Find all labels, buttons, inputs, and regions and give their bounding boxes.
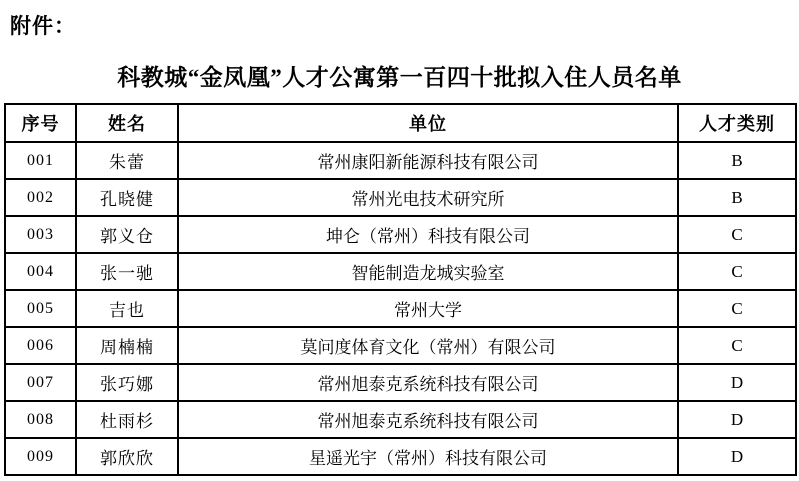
table-row: 007 张巧娜 常州旭泰克系统科技有限公司 D	[5, 364, 796, 401]
attachment-label: 附件：	[10, 10, 76, 40]
table-row: 005 吉也 常州大学 C	[5, 290, 796, 327]
cell-unit: 常州光电技术研究所	[178, 179, 678, 216]
cell-unit: 星遥光宇（常州）科技有限公司	[178, 438, 678, 475]
cell-category: C	[678, 327, 796, 364]
table-header-row: 序号 姓名 单位 人才类别	[5, 104, 796, 142]
cell-serial: 005	[5, 290, 76, 327]
page-title: 科教城“金凤凰”人才公寓第一百四十批拟入住人员名单	[0, 59, 799, 92]
column-header-category: 人才类别	[678, 104, 796, 142]
cell-name: 周楠楠	[76, 327, 178, 364]
cell-serial: 006	[5, 327, 76, 364]
cell-unit: 智能制造龙城实验室	[178, 253, 678, 290]
cell-name: 孔晓健	[76, 179, 178, 216]
cell-unit: 坤仑（常州）科技有限公司	[178, 216, 678, 253]
cell-category: C	[678, 253, 796, 290]
cell-unit: 常州康阳新能源科技有限公司	[178, 142, 678, 179]
table-body: 001 朱蕾 常州康阳新能源科技有限公司 B 002 孔晓健 常州光电技术研究所…	[5, 142, 796, 475]
cell-name: 朱蕾	[76, 142, 178, 179]
column-header-serial: 序号	[5, 104, 76, 142]
resident-roster-table: 序号 姓名 单位 人才类别 001 朱蕾 常州康阳新能源科技有限公司 B 002…	[4, 103, 797, 476]
table-row: 006 周楠楠 莫问度体育文化（常州）有限公司 C	[5, 327, 796, 364]
cell-category: D	[678, 364, 796, 401]
cell-name: 杜雨杉	[76, 401, 178, 438]
table-row: 002 孔晓健 常州光电技术研究所 B	[5, 179, 796, 216]
cell-serial: 002	[5, 179, 76, 216]
cell-serial: 001	[5, 142, 76, 179]
column-header-unit: 单位	[178, 104, 678, 142]
cell-category: B	[678, 179, 796, 216]
cell-serial: 009	[5, 438, 76, 475]
cell-category: D	[678, 401, 796, 438]
table-row: 004 张一驰 智能制造龙城实验室 C	[5, 253, 796, 290]
cell-category: B	[678, 142, 796, 179]
cell-serial: 003	[5, 216, 76, 253]
table-row: 008 杜雨杉 常州旭泰克系统科技有限公司 D	[5, 401, 796, 438]
cell-name: 张一驰	[76, 253, 178, 290]
cell-category: C	[678, 290, 796, 327]
table-row: 001 朱蕾 常州康阳新能源科技有限公司 B	[5, 142, 796, 179]
cell-serial: 004	[5, 253, 76, 290]
cell-name: 吉也	[76, 290, 178, 327]
cell-serial: 007	[5, 364, 76, 401]
cell-unit: 莫问度体育文化（常州）有限公司	[178, 327, 678, 364]
cell-unit: 常州旭泰克系统科技有限公司	[178, 364, 678, 401]
table-row: 003 郭义仓 坤仑（常州）科技有限公司 C	[5, 216, 796, 253]
cell-name: 郭义仓	[76, 216, 178, 253]
cell-name: 张巧娜	[76, 364, 178, 401]
cell-unit: 常州旭泰克系统科技有限公司	[178, 401, 678, 438]
column-header-name: 姓名	[76, 104, 178, 142]
table-row: 009 郭欣欣 星遥光宇（常州）科技有限公司 D	[5, 438, 796, 475]
cell-serial: 008	[5, 401, 76, 438]
cell-unit: 常州大学	[178, 290, 678, 327]
cell-category: D	[678, 438, 796, 475]
cell-name: 郭欣欣	[76, 438, 178, 475]
cell-category: C	[678, 216, 796, 253]
